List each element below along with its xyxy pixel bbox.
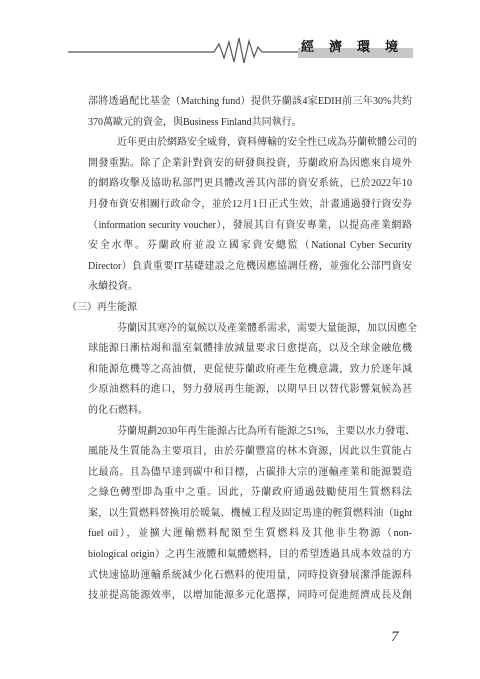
text-line: 開發重點。除了企業針對資安的研發與投資，芬蘭政府為因應來自境外 [88,154,412,175]
text-line: 技並提高能源效率，以增加能源多元化選擇，同時可促進經濟成長及創 [88,586,412,607]
text-line: 370萬歐元的資金，與Business Finland共同執行。 [88,113,412,134]
text-line: 和能源危機等之高油價，更促使芬蘭政府產生危機意識，致力於逐年減 [88,360,412,381]
text-line: 安全水準。芬蘭政府並設立國家資安總監（National Cyber Securi… [88,236,412,257]
text-line: 案，以生質燃料替換用於暖氣、機械工程及固定馬達的輕質燃料油（light [88,504,412,525]
text-line: 永續投資。 [88,277,412,298]
text-line: （三）再生能源 [67,298,412,319]
waveform-rule-icon [0,0,480,72]
text-line: 式快速協助運輸系統減少化石燃料的使用量，同時投資發展潔淨能源科 [88,566,412,587]
text-line: Director）負責重要IT基礎建設之危機因應協調任務，並強化公部門資安 [88,257,412,278]
text-line: 近年更由於網路安全威脅，資料傳輸的安全性已成為芬蘭軟體公司的 [88,133,412,154]
page-number: 7 [391,628,399,646]
text-line: 芬蘭規劃2030年再生能源占比為所有能源之51%，主要以水力發電、 [88,422,412,443]
text-line: 風能及生質能為主要項目，由於芬蘭豐富的林木資源，因此以生質能占 [88,442,412,463]
text-line: biological origin）之再生液體和氣體燃料，目的希望透過具成本效益… [88,545,412,566]
text-line: 的網路攻擊及協助私部門更具體改善其內部的資安系統，已於2022年10 [88,174,412,195]
text-line: 比最高。且為儘早達到碳中和目標，占碳排大宗的運輸產業和能源製造 [88,463,412,484]
text-line: （information security voucher），發展其自有資安專業… [88,216,412,237]
text-line: 之綠色轉型即為重中之重。因此，芬蘭政府通過鼓勵使用生質燃料法 [88,483,412,504]
document-page: 經濟環境 部將透過配比基金（Matching fund）提供芬蘭該4家EDIH前… [0,0,480,679]
text-line: 少原油燃料的進口，努力發展再生能源，以期早日以替代影響氣候為甚 [88,380,412,401]
text-line: 球能源日漸枯竭和溫室氣體排放減量要求日愈提高，以及全球金融危機 [88,339,412,360]
text-line: 芬蘭因其寒冷的氣候以及產業體系需求，需要大量能源，加以因應全 [88,319,412,340]
text-line: fuel oil），並擴大運輸燃料配額至生質燃料及其他非生物源（non- [88,524,412,545]
text-line: 的化石燃料。 [88,401,412,422]
header-title: 經濟環境 [301,40,413,54]
text-lines: 部將透過配比基金（Matching fund）提供芬蘭該4家EDIH前三年30%… [67,92,412,607]
text-line: 部將透過配比基金（Matching fund）提供芬蘭該4家EDIH前三年30%… [88,92,412,113]
text-line: 月發布資安相關行政命令，並於12月1日正式生效，計畫通過發行資安券 [88,195,412,216]
